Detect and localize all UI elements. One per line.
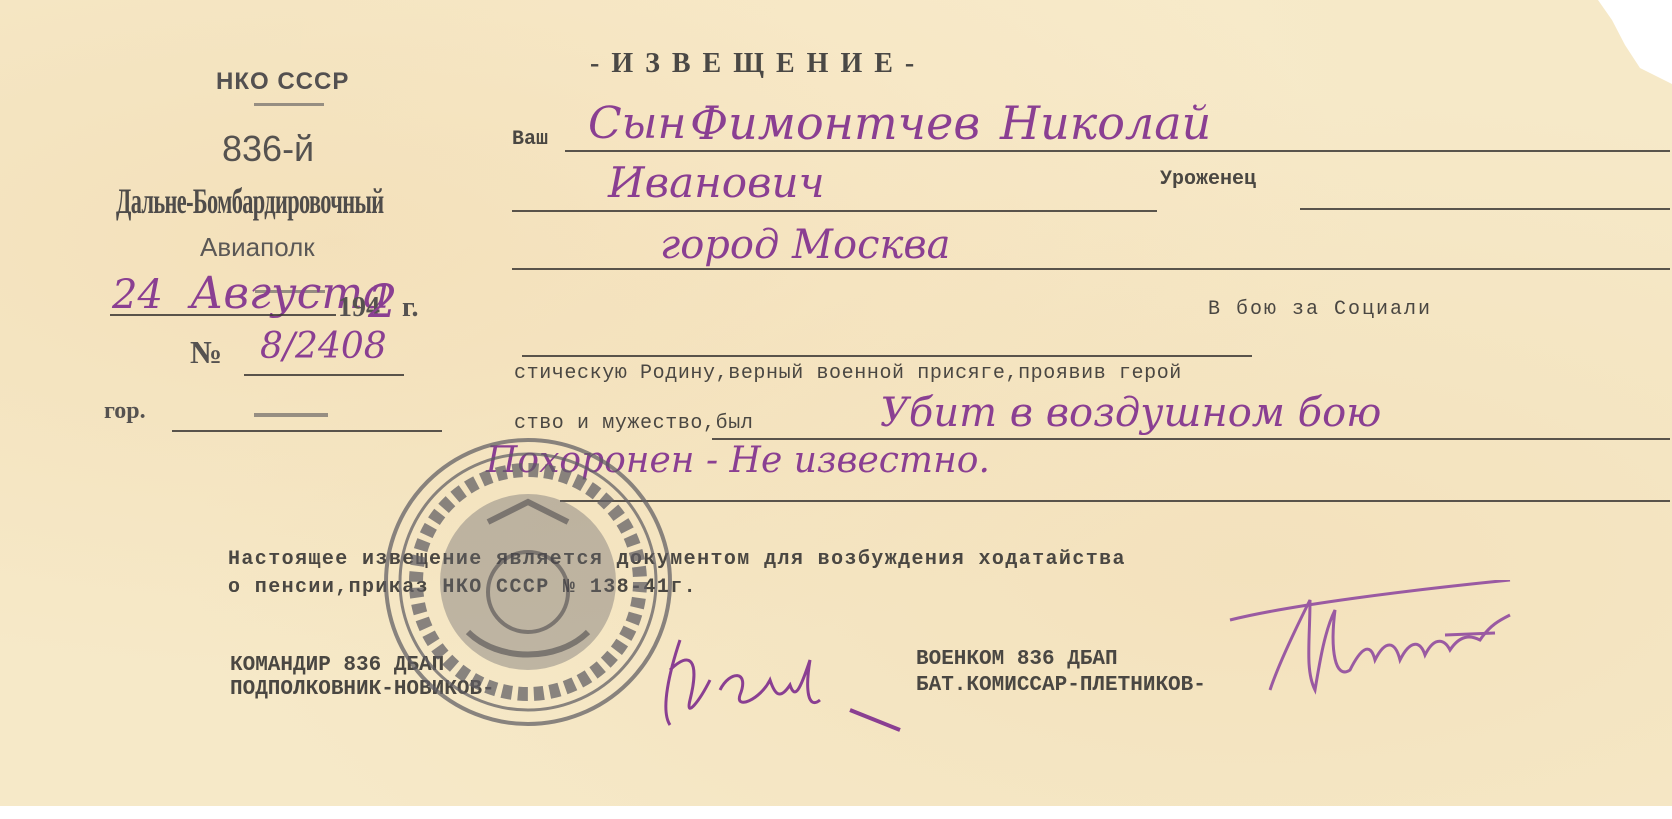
commissar-name: БАТ.КОМИССАР-ПЛЕТНИКОВ-	[916, 674, 1206, 697]
header-divider	[254, 103, 324, 106]
document-title: -ИЗВЕЩЕНИЕ-	[590, 48, 926, 80]
date-day: 24	[112, 272, 163, 318]
patronymic-underline	[512, 210, 1157, 212]
header-divider	[254, 413, 328, 417]
body-underline	[522, 355, 1252, 357]
burial-underline	[560, 500, 1670, 502]
surname-value: Фимонтчев	[690, 96, 980, 150]
official-stamp	[378, 432, 678, 732]
date-suffix: г.	[402, 292, 419, 324]
document-paper: НКО СССР 836-й Дальне-Бомбардировочный А…	[0, 0, 1672, 806]
name-underline	[565, 150, 1670, 152]
first-name-value: Николай	[1000, 96, 1211, 150]
fate-value: Убит в воздушном бою	[880, 390, 1381, 436]
born-underline	[1300, 208, 1670, 210]
commander-signature	[640, 600, 920, 760]
date-underline	[110, 314, 336, 316]
date-year-handwritten: 2	[368, 274, 397, 328]
authority-header: НКО СССР	[216, 68, 349, 96]
born-label: Уроженец	[1160, 168, 1256, 191]
patronymic-value: Иванович	[608, 158, 825, 207]
commissar-title: ВОЕНКОМ 836 ДБАП	[916, 648, 1118, 671]
unit-name: Дальне-Бомбардировочный	[116, 180, 384, 222]
vash-label: Ваш	[512, 128, 548, 151]
number-underline	[244, 374, 404, 376]
commissar-signature	[1210, 580, 1550, 720]
birthplace-underline	[512, 268, 1670, 270]
number-value: 8/2408	[260, 326, 387, 367]
unit-type: Авиаполк	[200, 232, 315, 263]
number-label: №	[190, 334, 222, 371]
body-line-2: стическую Родину,верный военной присяге,…	[514, 362, 1182, 385]
body-line-1: В бою за Социали	[1208, 298, 1432, 321]
relation-value: Сын	[588, 98, 686, 149]
city-label: гор.	[104, 398, 146, 425]
birthplace-value: город Москва	[660, 222, 951, 268]
unit-number: 836-й	[222, 128, 314, 170]
